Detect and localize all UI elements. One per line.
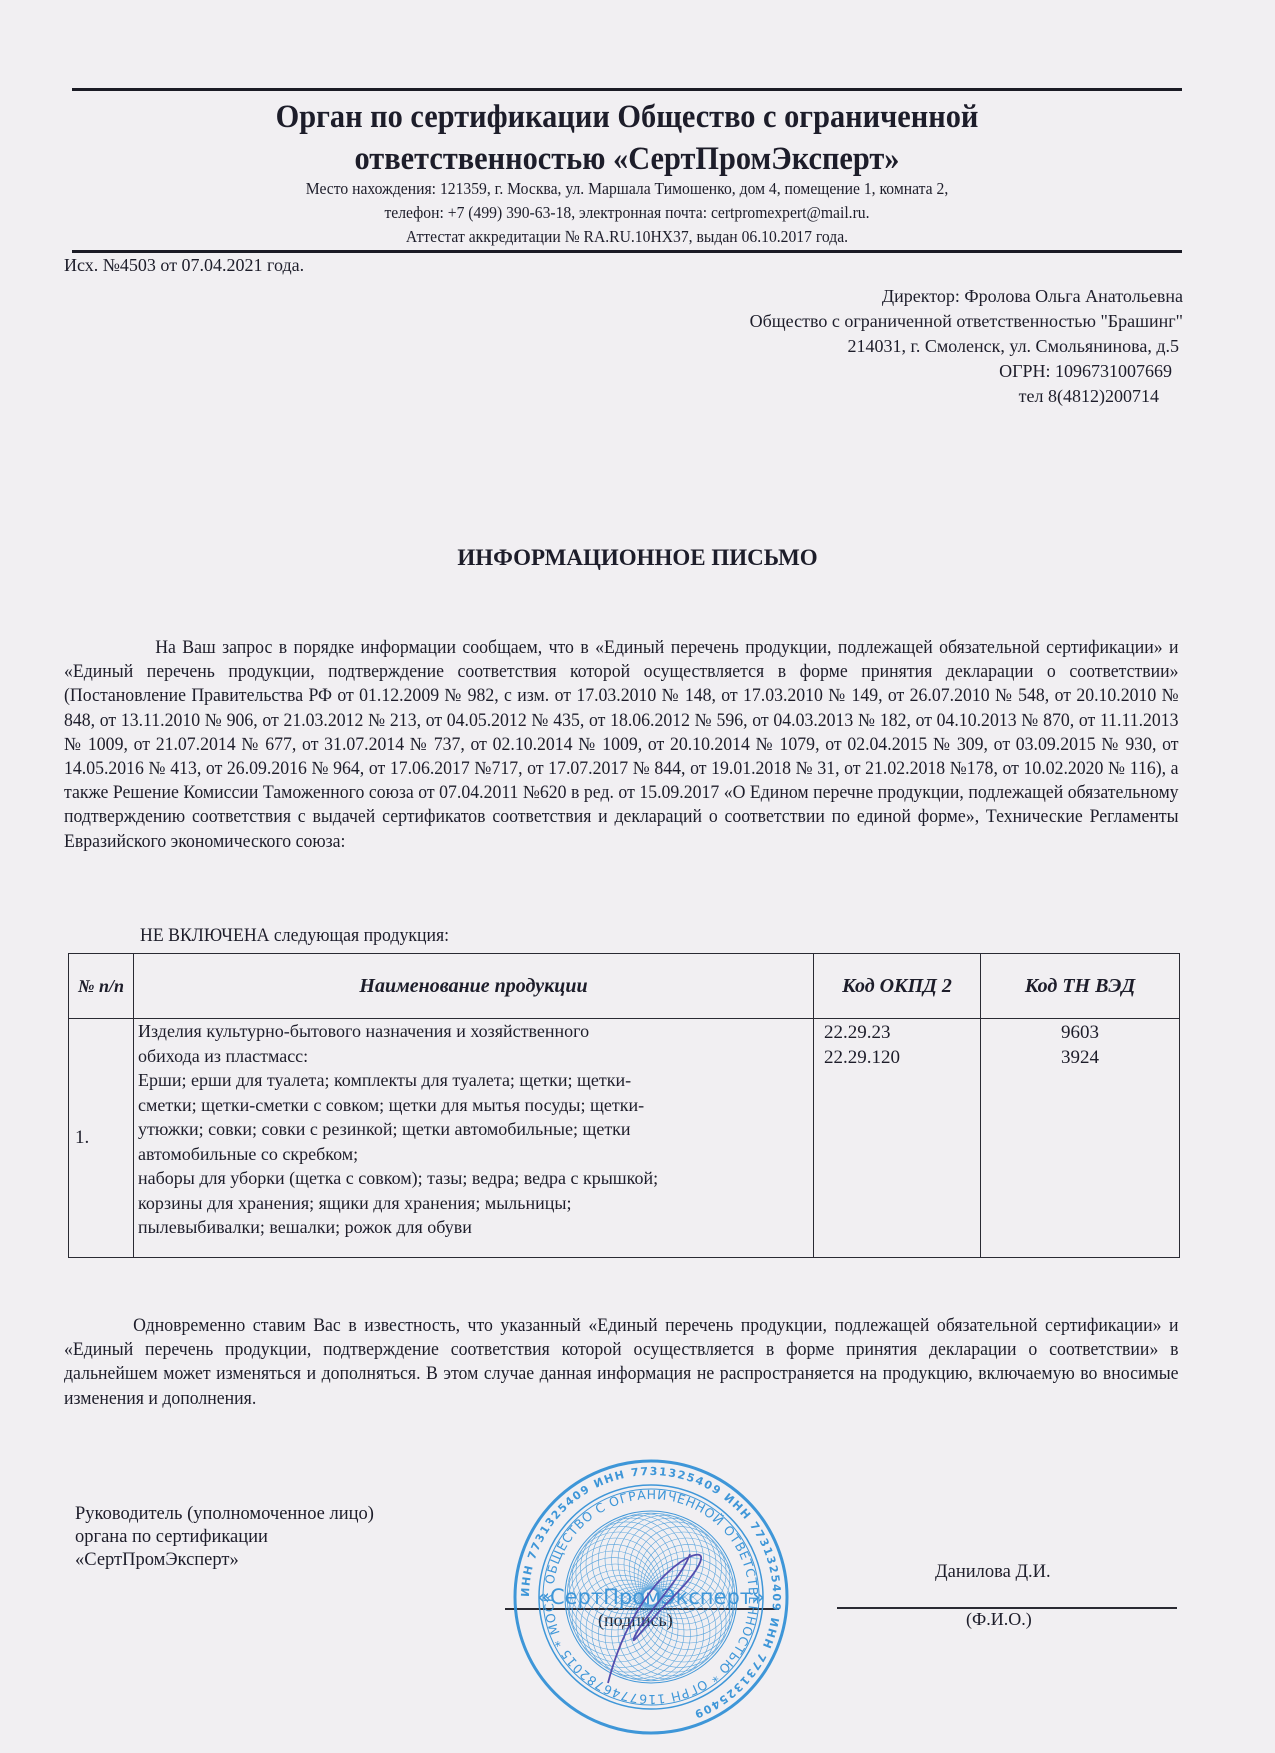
seal-center-text: «СертПромЭксперт» <box>537 1585 765 1609</box>
product-name-line: пылевыбивалки; вешалки; рожок для обуви <box>138 1215 809 1240</box>
product-name-line: утюжки; совки; совки с резинкой; щетки а… <box>138 1117 809 1142</box>
okpd2-codes: 22.29.23 22.29.120 <box>814 1019 981 1258</box>
recipient-block: Директор: Фролова Ольга Анатольевна Обще… <box>750 284 1183 409</box>
document-page: Орган по сертификации Общество с огранич… <box>0 0 1275 1753</box>
recipient-ogrn: ОГРН: 1096731007669 <box>750 359 1172 384</box>
org-title: Орган по сертификации Общество с огранич… <box>116 96 1137 180</box>
column-header-product-name: Наименование продукции <box>134 954 814 1019</box>
recipient-director: Директор: Фролова Ольга Анатольевна <box>750 284 1183 309</box>
product-name-line: корзины для хранения; ящики для хранения… <box>138 1191 809 1216</box>
product-name-line: сметки; щетки-сметки с совком; щетки для… <box>138 1093 809 1118</box>
outgoing-reference: Исх. №4503 от 07.04.2021 года. <box>64 255 304 276</box>
okpd2-code: 22.29.120 <box>824 1046 976 1071</box>
paragraph-intro: На Ваш запрос в порядке информации сообщ… <box>64 636 1179 854</box>
tnved-code: 3924 <box>985 1046 1175 1071</box>
column-header-okpd2: Код ОКПД 2 <box>814 954 981 1019</box>
product-name-line: Изделия культурно-бытового назначения и … <box>138 1019 809 1044</box>
product-name-line: автомобильные со скребком; <box>138 1142 809 1167</box>
recipient-company: Общество с ограниченной ответственностью… <box>750 309 1183 334</box>
product-name: Изделия культурно-бытового назначения и … <box>134 1019 814 1258</box>
paragraph-notice: Одновременно ставим Вас в известность, ч… <box>64 1314 1179 1411</box>
product-name-line: обихода из пластмасс: <box>138 1044 809 1069</box>
okpd2-code: 22.29.23 <box>824 1021 976 1046</box>
org-title-line1: Орган по сертификации Общество с огранич… <box>116 96 1137 138</box>
column-header-tnved: Код ТН ВЭД <box>981 954 1180 1019</box>
signer-name: Данилова Д.И. <box>935 1562 1051 1583</box>
table-row: 1. Изделия культурно-бытового назначения… <box>69 1019 1180 1258</box>
header-rule-top <box>72 88 1182 91</box>
signer-role-line: Руководитель (уполномоченное лицо) <box>75 1503 374 1526</box>
signer-role-line: органа по сертификации <box>75 1526 374 1549</box>
row-number: 1. <box>69 1019 134 1258</box>
product-name-line: Ерши; ерши для туалета; комплекты для ту… <box>138 1068 809 1093</box>
recipient-address: 214031, г. Смоленск, ул. Смольянинова, д… <box>750 334 1179 359</box>
org-address: Место нахождения: 121359, г. Москва, ул.… <box>116 179 1137 199</box>
products-table: № п/п Наименование продукции Код ОКПД 2 … <box>68 953 1180 1258</box>
org-contacts: телефон: +7 (499) 390-63-18, электронная… <box>116 203 1137 223</box>
signer-role-line: «СертПромЭксперт» <box>75 1549 374 1572</box>
tnved-code: 9603 <box>985 1021 1175 1046</box>
signer-role: Руководитель (уполномоченное лицо) орган… <box>75 1503 374 1572</box>
recipient-phone: тел 8(4812)200714 <box>750 384 1159 409</box>
name-caption: (Ф.И.О.) <box>966 1609 1032 1630</box>
header-rule-bottom <box>72 250 1182 253</box>
company-seal-icon: ИНН 7731325409 ИНН 7731325409 ИНН 773132… <box>512 1458 790 1736</box>
not-included-label: НЕ ВКЛЮЧЕНА следующая продукция: <box>140 926 449 947</box>
table-header-row: № п/п Наименование продукции Код ОКПД 2 … <box>69 954 1180 1019</box>
tnved-codes: 9603 3924 <box>981 1019 1180 1258</box>
org-accreditation: Аттестат аккредитации № RA.RU.10НХ37, вы… <box>116 227 1137 247</box>
document-title: ИНФОРМАЦИОННОЕ ПИСЬМО <box>0 545 1275 571</box>
org-title-line2: ответственностью «СертПромЭксперт» <box>116 138 1137 180</box>
product-name-line: наборы для уборки (щетка с совком); тазы… <box>138 1166 809 1191</box>
column-header-number: № п/п <box>69 954 134 1019</box>
